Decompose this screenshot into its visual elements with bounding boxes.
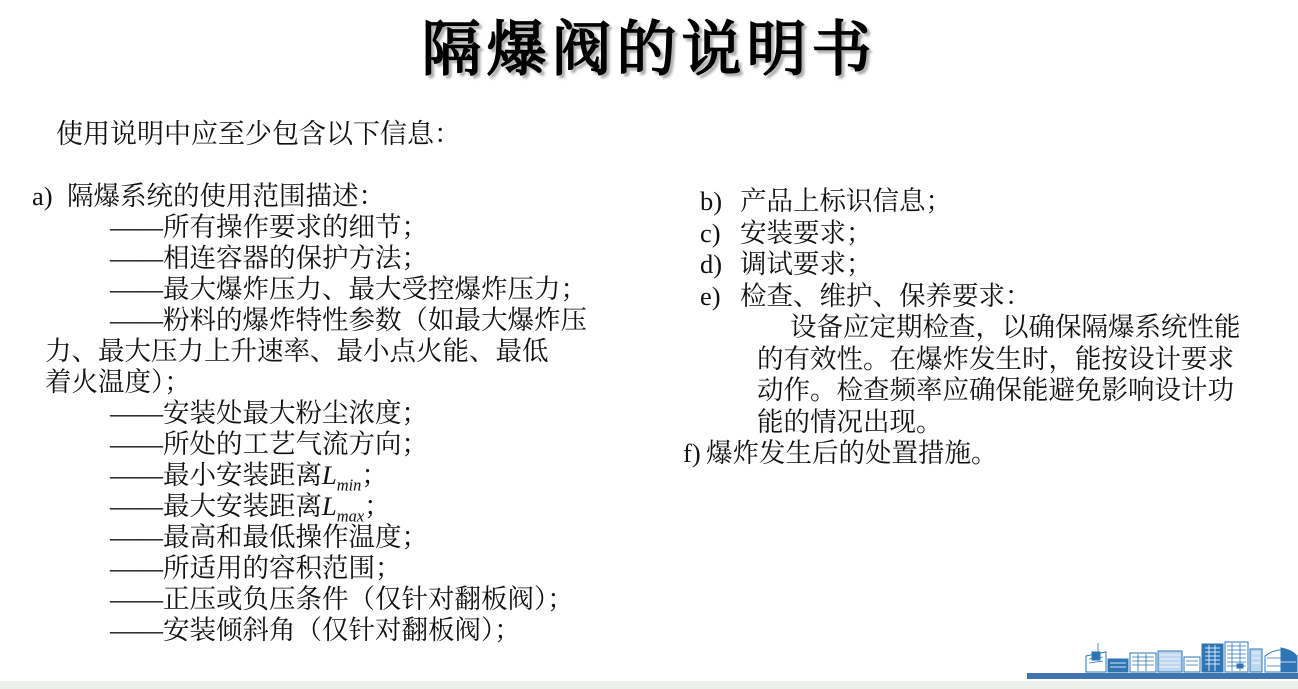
page-title: 隔爆阀的说明书	[0, 2, 1298, 88]
item-marker: b)	[700, 186, 722, 218]
spec-line: ——相连容器的保护方法；	[32, 243, 672, 274]
list-item: b)产品上标识信息；	[700, 186, 1275, 218]
dash-item-list: ——所有操作要求的细节；——相连容器的保护方法；——最大爆炸压力、最大受控爆炸压…	[32, 212, 672, 646]
spec-line: ——最大安装距离Lmax；	[32, 491, 672, 522]
item-marker: c)	[700, 218, 721, 250]
spec-line: ——安装倾斜角（仅针对翻板阀）；	[32, 615, 672, 646]
spec-line: ——粉料的爆炸特性参数（如最大爆炸压	[32, 305, 672, 336]
spec-line: ——正压或负压条件（仅针对翻板阀）；	[32, 584, 672, 615]
spec-line: ——所有操作要求的细节；	[32, 212, 672, 243]
list-item: c)安装要求；	[700, 218, 1275, 250]
distance-variable: L	[322, 491, 337, 521]
spec-line: ——安装处最大粉尘浓度；	[32, 398, 672, 429]
list-item: f)爆炸发生后的处置措施。	[683, 438, 1275, 470]
distance-variable: L	[322, 460, 337, 490]
list-item-a: a)隔爆系统的使用范围描述：	[32, 181, 672, 212]
spec-line: ——最小安装距离Lmin；	[32, 460, 672, 491]
left-column: a)隔爆系统的使用范围描述： ——所有操作要求的细节；——相连容器的保护方法；—…	[32, 181, 672, 646]
paragraph-line: 动作。检查频率应确保能避免影响设计功	[700, 375, 1275, 407]
right-column: b)产品上标识信息；c)安装要求；d)调试要求；e)检查、维护、保养要求：设备应…	[700, 186, 1275, 470]
paragraph-line: 的有效性。在爆炸发生时，能按设计要求	[700, 344, 1275, 376]
list-item: d)调试要求；	[700, 249, 1275, 281]
spec-line: ——最大爆炸压力、最大受控爆炸压力；	[32, 274, 672, 305]
list-item: e)检查、维护、保养要求：	[700, 281, 1275, 313]
spec-line: ——最高和最低操作温度；	[32, 522, 672, 553]
item-marker: a)	[32, 181, 67, 212]
item-marker: f)	[683, 438, 701, 470]
item-text: 隔爆系统的使用范围描述：	[67, 181, 385, 211]
city-skyline-icon	[1072, 640, 1298, 674]
item-marker: d)	[700, 249, 722, 281]
spec-line: 力、最大压力上升速率、最小点火能、最低	[32, 336, 672, 367]
spec-line: 着火温度）；	[32, 367, 672, 398]
slide: 隔爆阀的说明书 使用说明中应至少包含以下信息： a)隔爆系统的使用范围描述： —…	[0, 0, 1298, 689]
spec-line: ——所处的工艺气流方向；	[32, 429, 672, 460]
paragraph-line: 能的情况出现。	[700, 407, 1275, 439]
intro-text: 使用说明中应至少包含以下信息：	[56, 118, 461, 150]
item-marker: e)	[700, 281, 721, 313]
spec-line: ——所适用的容积范围；	[32, 553, 672, 584]
bottom-edge-strip	[0, 681, 1298, 689]
paragraph-line: 设备应定期检查，以确保隔爆系统性能	[700, 312, 1275, 344]
footer-accent-bar	[1027, 673, 1298, 679]
